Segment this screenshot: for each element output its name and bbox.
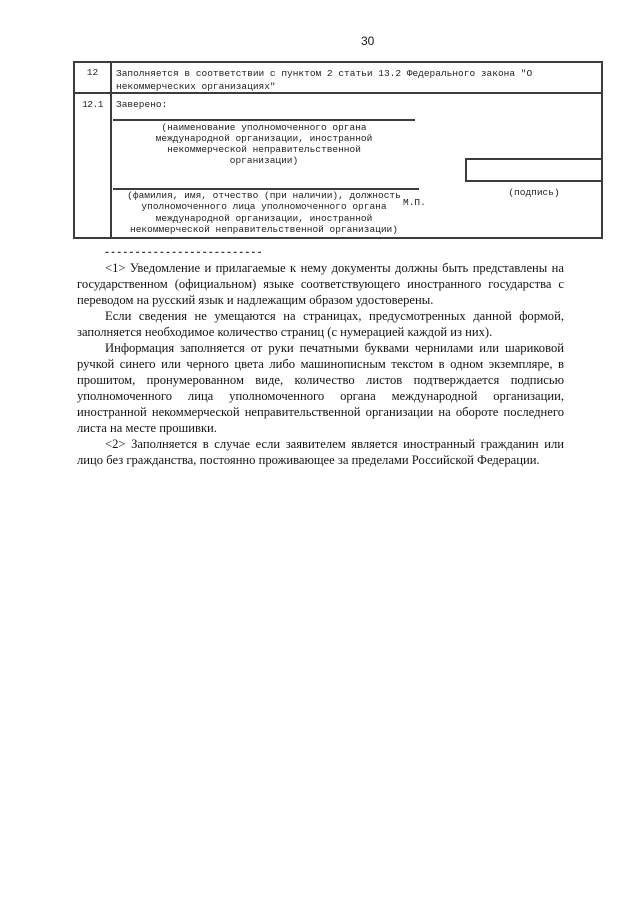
person-caption: (фамилия, имя, отчество (при наличии), д… (105, 190, 423, 235)
footnote-1-paragraph-2: Если сведения не умещаются на страницах,… (77, 308, 564, 340)
authority-signature-line (113, 119, 415, 121)
document-page: 30 12 Заполняется в соответствии с пункт… (0, 0, 640, 905)
person-caption-line-1: (фамилия, имя, отчество (при наличии), д… (105, 190, 423, 201)
footnote-1-paragraph-3: Информация заполняется от руки печатными… (77, 340, 564, 436)
footnote-1: <1> Уведомление и прилагаемые к нему док… (77, 260, 564, 308)
footnote-separator: -------------------------- (104, 248, 263, 259)
authority-caption-line-3: некоммерческой неправительственной (113, 144, 415, 155)
person-caption-line-2: уполномоченного лица уполномоченного орг… (105, 201, 423, 212)
page-number: 30 (361, 34, 374, 48)
row-12-text: Заполняется в соответствии с пунктом 2 с… (116, 67, 532, 93)
row-12-number: 12 (75, 67, 110, 79)
footnotes-block: <1> Уведомление и прилагаемые к нему док… (77, 260, 564, 468)
authority-caption-line-1: (наименование уполномоченного органа (113, 122, 415, 133)
row-12-1-number: 12.1 (75, 99, 110, 111)
authority-caption-line-4: организации) (113, 155, 415, 166)
stamp-label: М.П. (403, 197, 426, 209)
footnote-2: <2> Заполняется в случае если заявителем… (77, 436, 564, 468)
signature-box (465, 158, 603, 182)
authority-caption-line-2: международной организации, иностранной (113, 133, 415, 144)
person-caption-line-3: международной организации, иностранной (105, 213, 423, 224)
row-12-text-line-2: некоммерческих организациях" (116, 80, 532, 93)
row-12-text-line-1: Заполняется в соответствии с пунктом 2 с… (116, 67, 532, 80)
form-table: 12 Заполняется в соответствии с пунктом … (73, 61, 603, 239)
authority-caption: (наименование уполномоченного органа меж… (113, 122, 415, 166)
person-caption-line-4: некоммерческой неправительственной орган… (105, 224, 423, 235)
signature-caption: (подпись) (465, 187, 603, 199)
certified-label: Заверено: (116, 99, 167, 111)
